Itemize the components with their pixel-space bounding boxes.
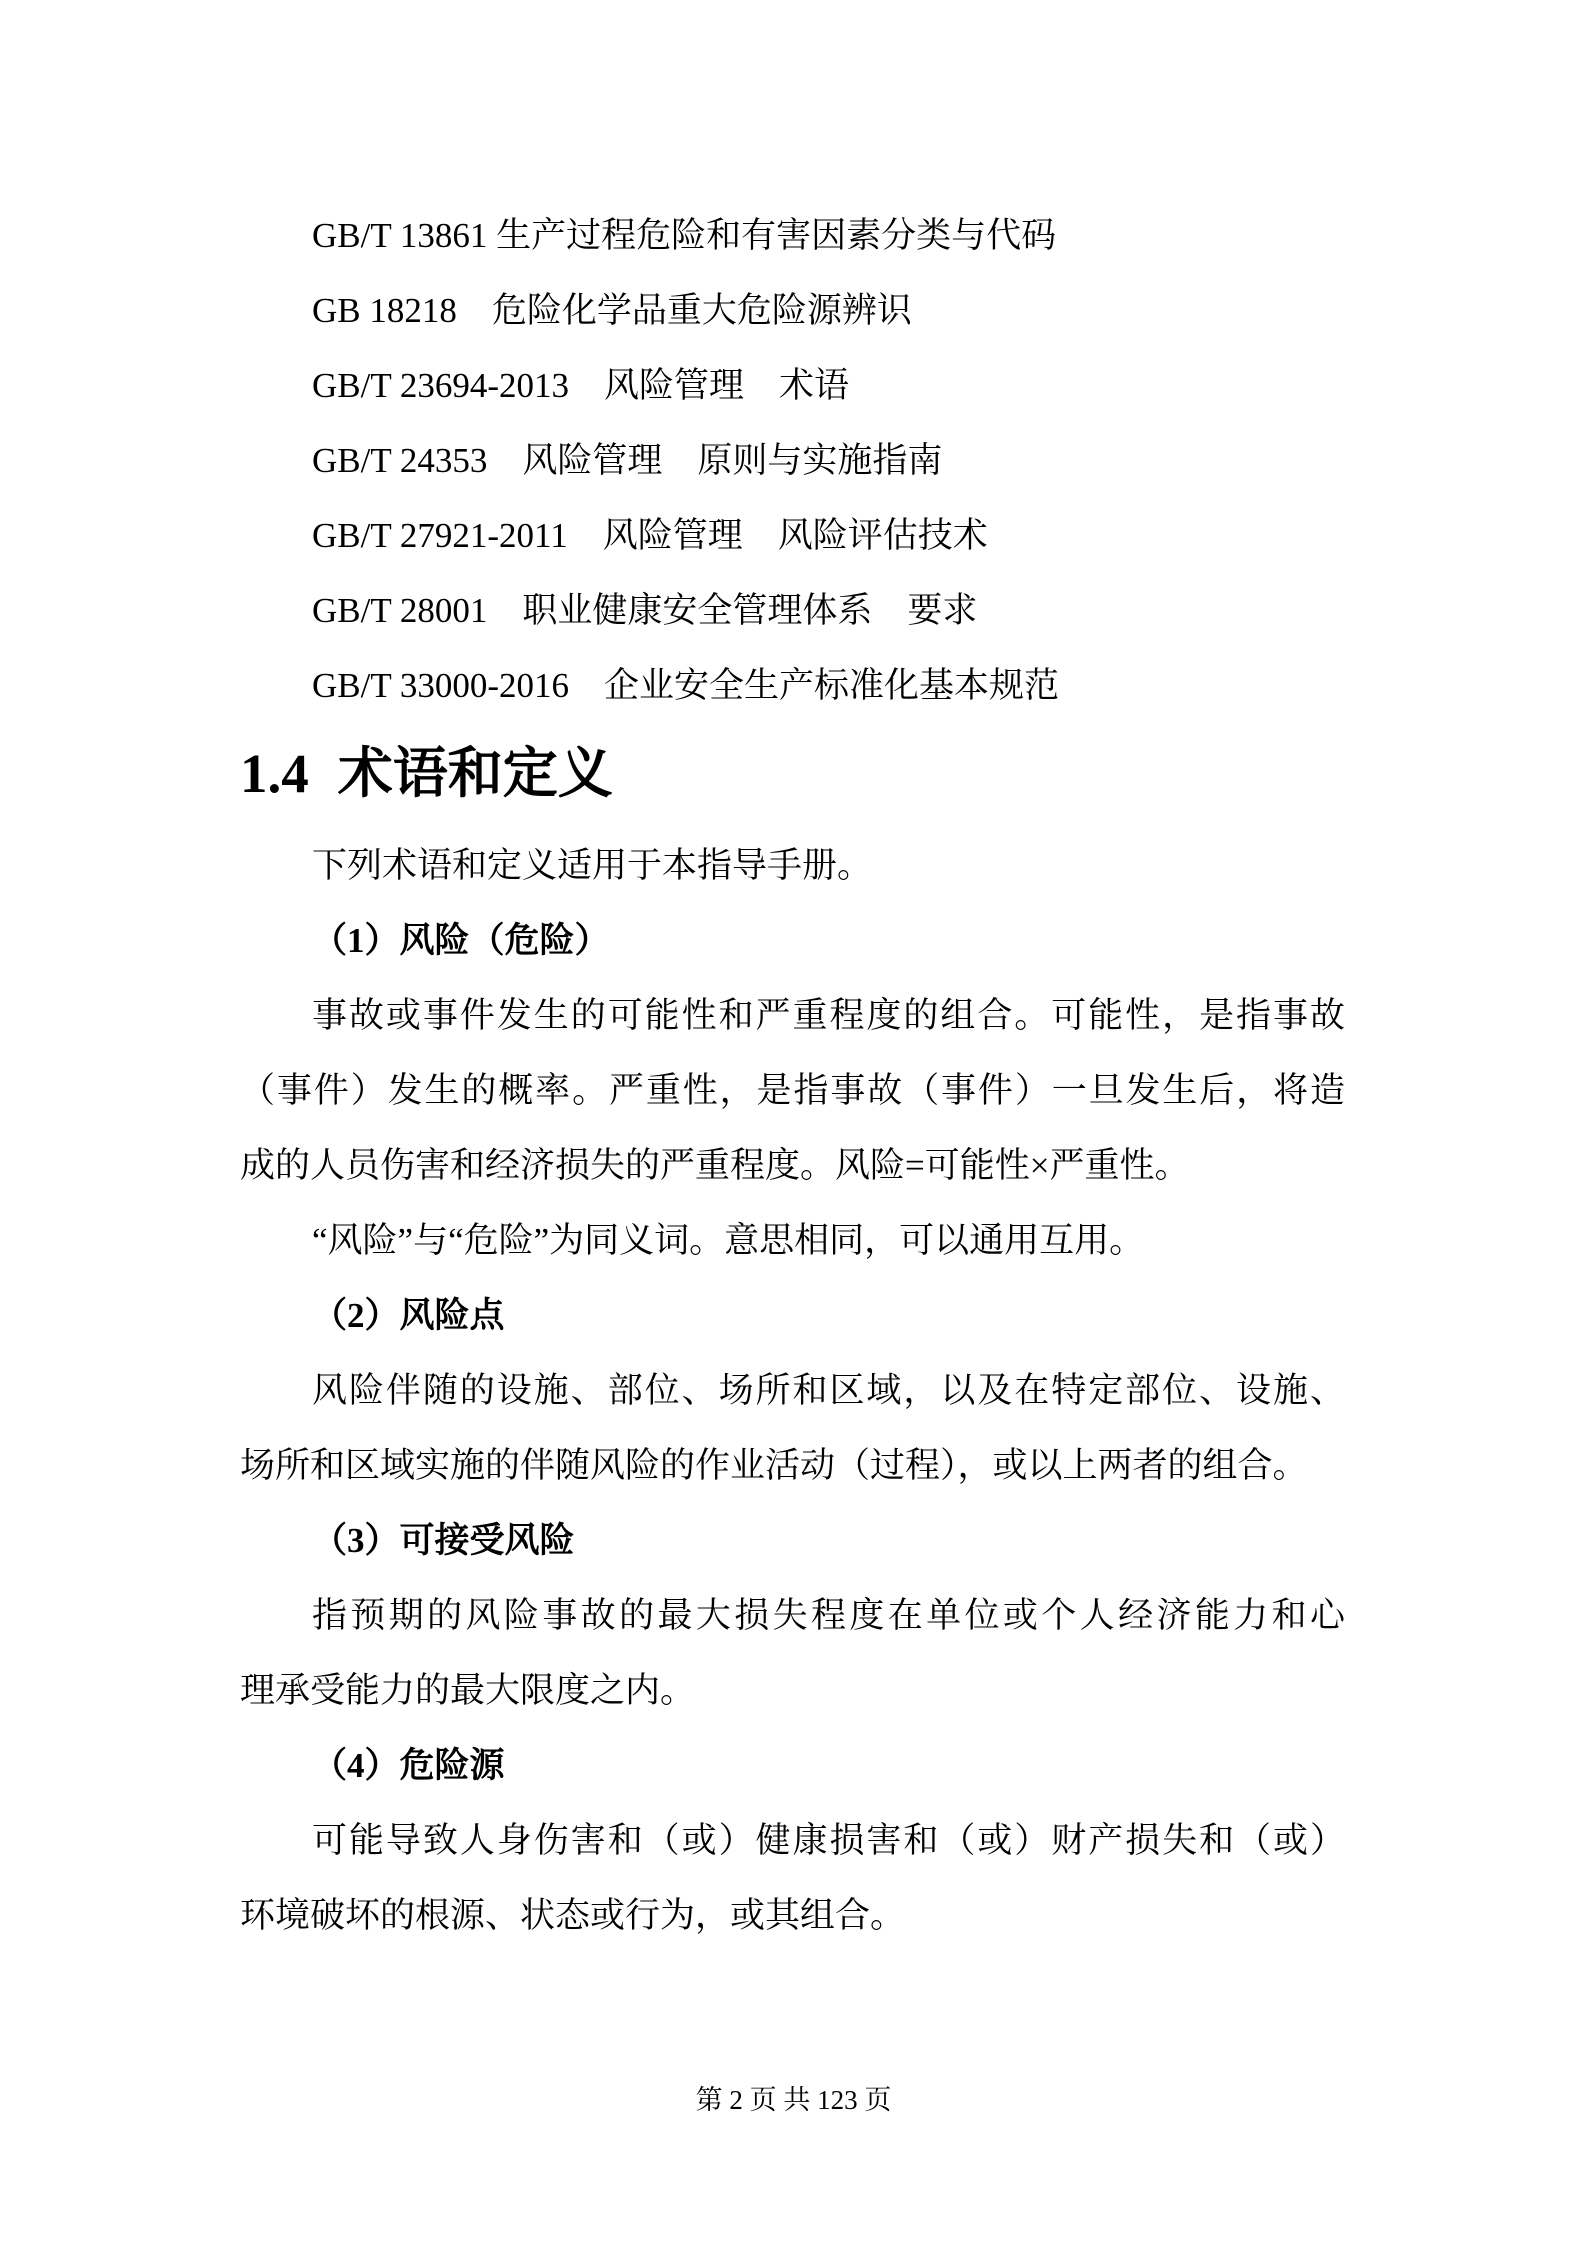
body-line: 成的人员伤害和经济损失的严重程度。风险=可能性×严重性。 [240,1145,1189,1187]
section-title: 术语和定义 [338,743,613,804]
body-line: 可能导致人身伤害和（或）健康损害和（或）财产损失和（或） [312,1820,1345,1862]
section-heading: 1.4术语和定义 [240,742,613,806]
term-heading: （4）危险源 [312,1745,505,1787]
body-line: 指预期的风险事故的最大损失程度在单位或个人经济能力和心 [312,1595,1345,1637]
section-number: 1.4 [240,743,309,804]
reference-line: GB/T 13861 生产过程危险和有害因素分类与代码 [312,215,1056,257]
body-line: 理承受能力的最大限度之内。 [240,1670,695,1712]
reference-line: GB/T 23694-2013 风险管理 术语 [312,365,849,407]
reference-line: GB/T 27921-2011 风险管理 风险评估技术 [312,515,988,557]
reference-line: GB/T 28001 职业健康安全管理体系 要求 [312,590,977,632]
body-line: 下列术语和定义适用于本指导手册。 [312,845,872,887]
term-heading: （1）风险（危险） [312,920,610,962]
body-line: 场所和区域实施的伴随风险的作业活动（过程），或以上两者的组合。 [240,1445,1308,1487]
term-heading: （3）可接受风险 [312,1520,575,1562]
body-line: （事件）发生的概率。严重性，是指事故（事件）一旦发生后，将造 [240,1070,1345,1112]
body-line: 环境破坏的根源、状态或行为，或其组合。 [240,1895,905,1937]
term-heading: （2）风险点 [312,1295,505,1337]
body-line: 风险伴随的设施、部位、场所和区域，以及在特定部位、设施、 [312,1370,1345,1412]
reference-line: GB/T 24353 风险管理 原则与实施指南 [312,440,942,482]
document-page: GB/T 13861 生产过程危险和有害因素分类与代码 GB 18218 危险化… [0,0,1587,2245]
body-line: “风险”与“危险”为同义词。意思相同，可以通用互用。 [312,1220,1144,1262]
body-line: 事故或事件发生的可能性和严重程度的组合。可能性，是指事故 [312,995,1345,1037]
page-footer: 第 2 页 共 123 页 [0,2084,1587,2116]
reference-line: GB 18218 危险化学品重大危险源辨识 [312,290,912,332]
reference-line: GB/T 33000-2016 企业安全生产标准化基本规范 [312,665,1059,707]
